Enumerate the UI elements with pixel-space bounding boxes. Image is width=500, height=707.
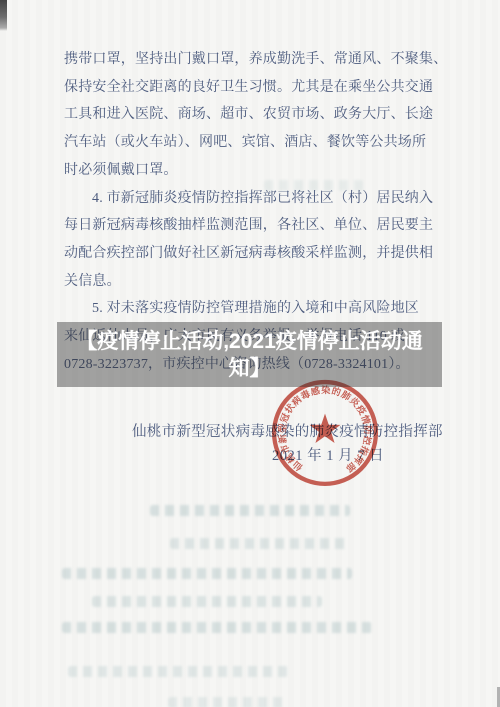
ghost-text-line [68,666,288,677]
body-line: 时必须佩戴口罩。 [64,157,442,185]
scan-corner-artifact [0,0,7,31]
ghost-text-line [264,180,364,191]
ghost-text-line [168,697,288,707]
overlay-title: 【疫情停止活动,2021疫情停止活动通知】 [57,328,442,382]
body-line: 每日新冠病毒核酸抽样监测范围，各社区、单位、居民要主 [64,212,442,240]
body-line-item-5: 5. 对未落实疫情防控管理措施的入境和中高风险地区 [64,295,442,323]
body-line: 汽车站（或火车站）、网吧、宾馆、酒店、餐饮等公共场所 [64,129,442,157]
ghost-text-line [92,596,322,607]
official-seal: 仙桃市新型冠状病毒感染的肺炎疫情防控指挥部 [268,379,382,493]
body-line: 动配合疾控部门做好社区新冠病毒核酸采样监测，并提供相 [64,240,442,268]
body-line: 保持安全社交距离的良好卫生习惯。尤其是在乘坐公共交通 [64,74,442,102]
overlay-banner: 【疫情停止活动,2021疫情停止活动通知】 [57,322,442,387]
ghost-text-line [170,538,350,549]
seal-star-icon [310,414,341,443]
body-line: 关信息。 [64,268,442,296]
body-line: 工具和进入医院、商场、超市、农贸市场、政务大厅、长途 [64,101,442,129]
ghost-text-line [62,622,372,633]
body-line: 携带口罩，坚持出门戴口罩，养成勤洗手、常通风、不聚集、 [64,46,442,74]
ghost-text-line [150,505,350,516]
ghost-text-line [62,568,352,579]
scanned-notice-page: 携带口罩，坚持出门戴口罩，养成勤洗手、常通风、不聚集、 保持安全社交距离的良好卫… [0,0,500,707]
body-line-item-4: 4. 市新冠肺炎疫情防控指挥部已将社区（村）居民纳入 [64,185,442,213]
